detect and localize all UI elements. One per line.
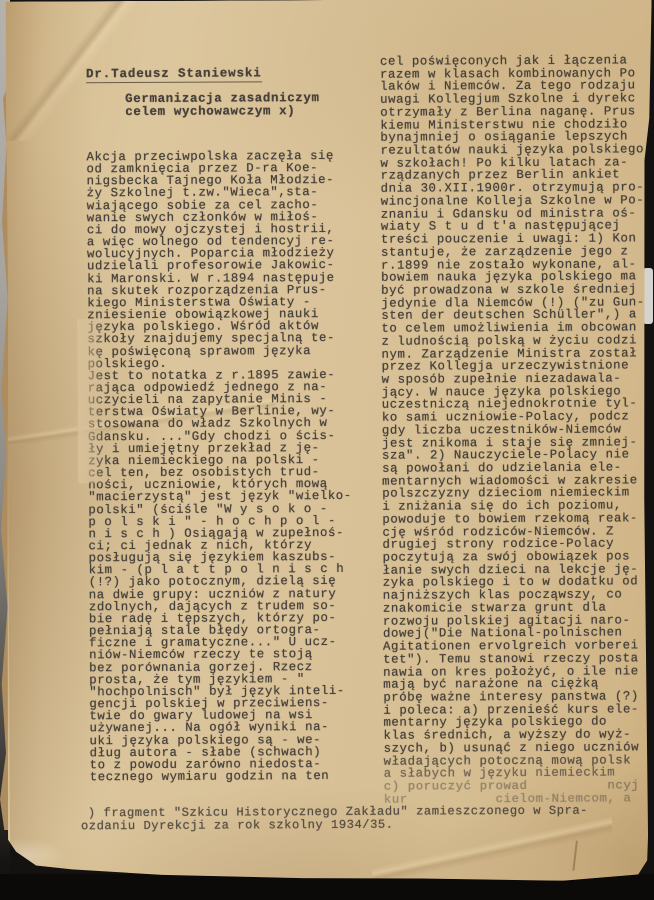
faded-ink-zone	[77, 319, 106, 483]
author-heading: Dr.Tadeusz Staniewski	[86, 66, 262, 83]
text-line: tecznego wymiaru godzin na ten	[90, 770, 354, 784]
text-line: ozdaniu Dyrekcji za rok szkolny 1934/35.	[81, 817, 588, 832]
text-line: kę poświęconą sprawom języka	[87, 344, 351, 358]
right-text-column: cel poświęconych jak i łączeniarazem w k…	[380, 54, 647, 806]
document-title: Germanizacja zasadniczymcelem wychowawcz…	[125, 92, 320, 120]
text-line: celem wychowawczym x)	[125, 105, 320, 119]
left-text-column: Akcja przeciwpolska zaczęła sięod zamkni…	[86, 150, 353, 783]
document-scan: Dr.Tadeusz Staniewski Germanizacja zasad…	[0, 0, 654, 900]
scanner-edge-glint	[643, 268, 653, 324]
paper-sheet: Dr.Tadeusz Staniewski Germanizacja zasad…	[0, 0, 654, 900]
footnote: ) fragment "Szkicu Historycznego Zakładu…	[88, 805, 588, 833]
